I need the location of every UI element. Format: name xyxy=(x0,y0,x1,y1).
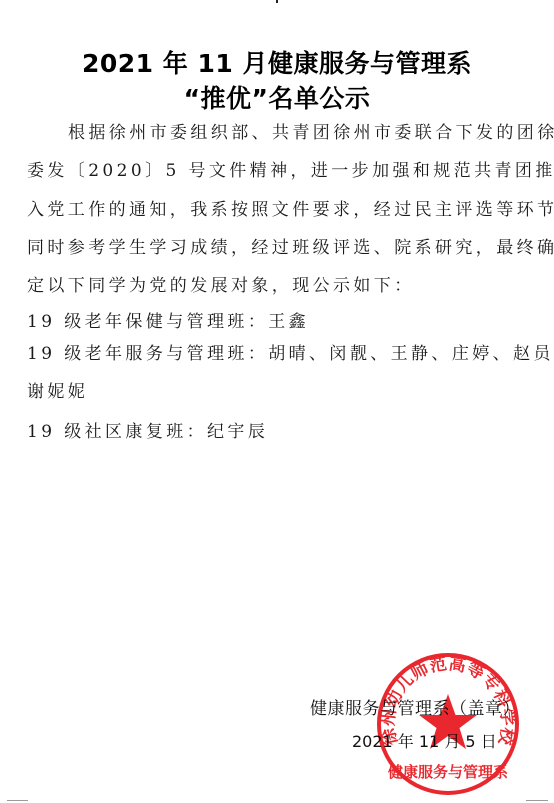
class-list-line-1: 19 级老年保健与管理班：王鑫 xyxy=(27,312,309,332)
paragraph-line-2: 委发〔2020〕5 号文件精神，进一步加强和规范共青团推优 xyxy=(27,161,554,181)
official-seal-icon: 徐州幼儿师范高等专科学校 健康服务与管理系 xyxy=(376,652,520,796)
page-corner-mark-right xyxy=(526,800,548,801)
document-title-line-1: 2021 年 11 月健康服务与管理系 xyxy=(0,44,554,80)
paragraph-line-5: 定以下同学为党的发展对象，现公示如下： xyxy=(27,276,415,296)
paragraph-line-4: 同时参考学生学习成绩，经过班级评选、院系研究，最终确 xyxy=(27,238,554,258)
seal-bottom-text: 健康服务与管理系 xyxy=(387,763,508,781)
class-list-line-4: 19 级社区康复班：纪宇辰 xyxy=(27,422,268,442)
class-list-line-3: 谢妮妮 xyxy=(27,382,88,402)
seal-star-icon xyxy=(419,694,477,749)
page-corner-mark-left xyxy=(7,800,28,801)
paragraph-line-1: 根据徐州市委组织部、共青团徐州市委联合下发的团徐 xyxy=(68,123,554,143)
paragraph-line-3: 入党工作的通知，我系按照文件要求，经过民主评选等环节， xyxy=(27,200,554,220)
class-list-line-2: 19 级老年服务与管理班：胡晴、闵靓、王静、庄婷、赵员、 xyxy=(27,344,554,364)
document-title-line-2: “推优”名单公示 xyxy=(0,79,554,115)
page-top-mark xyxy=(276,0,278,3)
